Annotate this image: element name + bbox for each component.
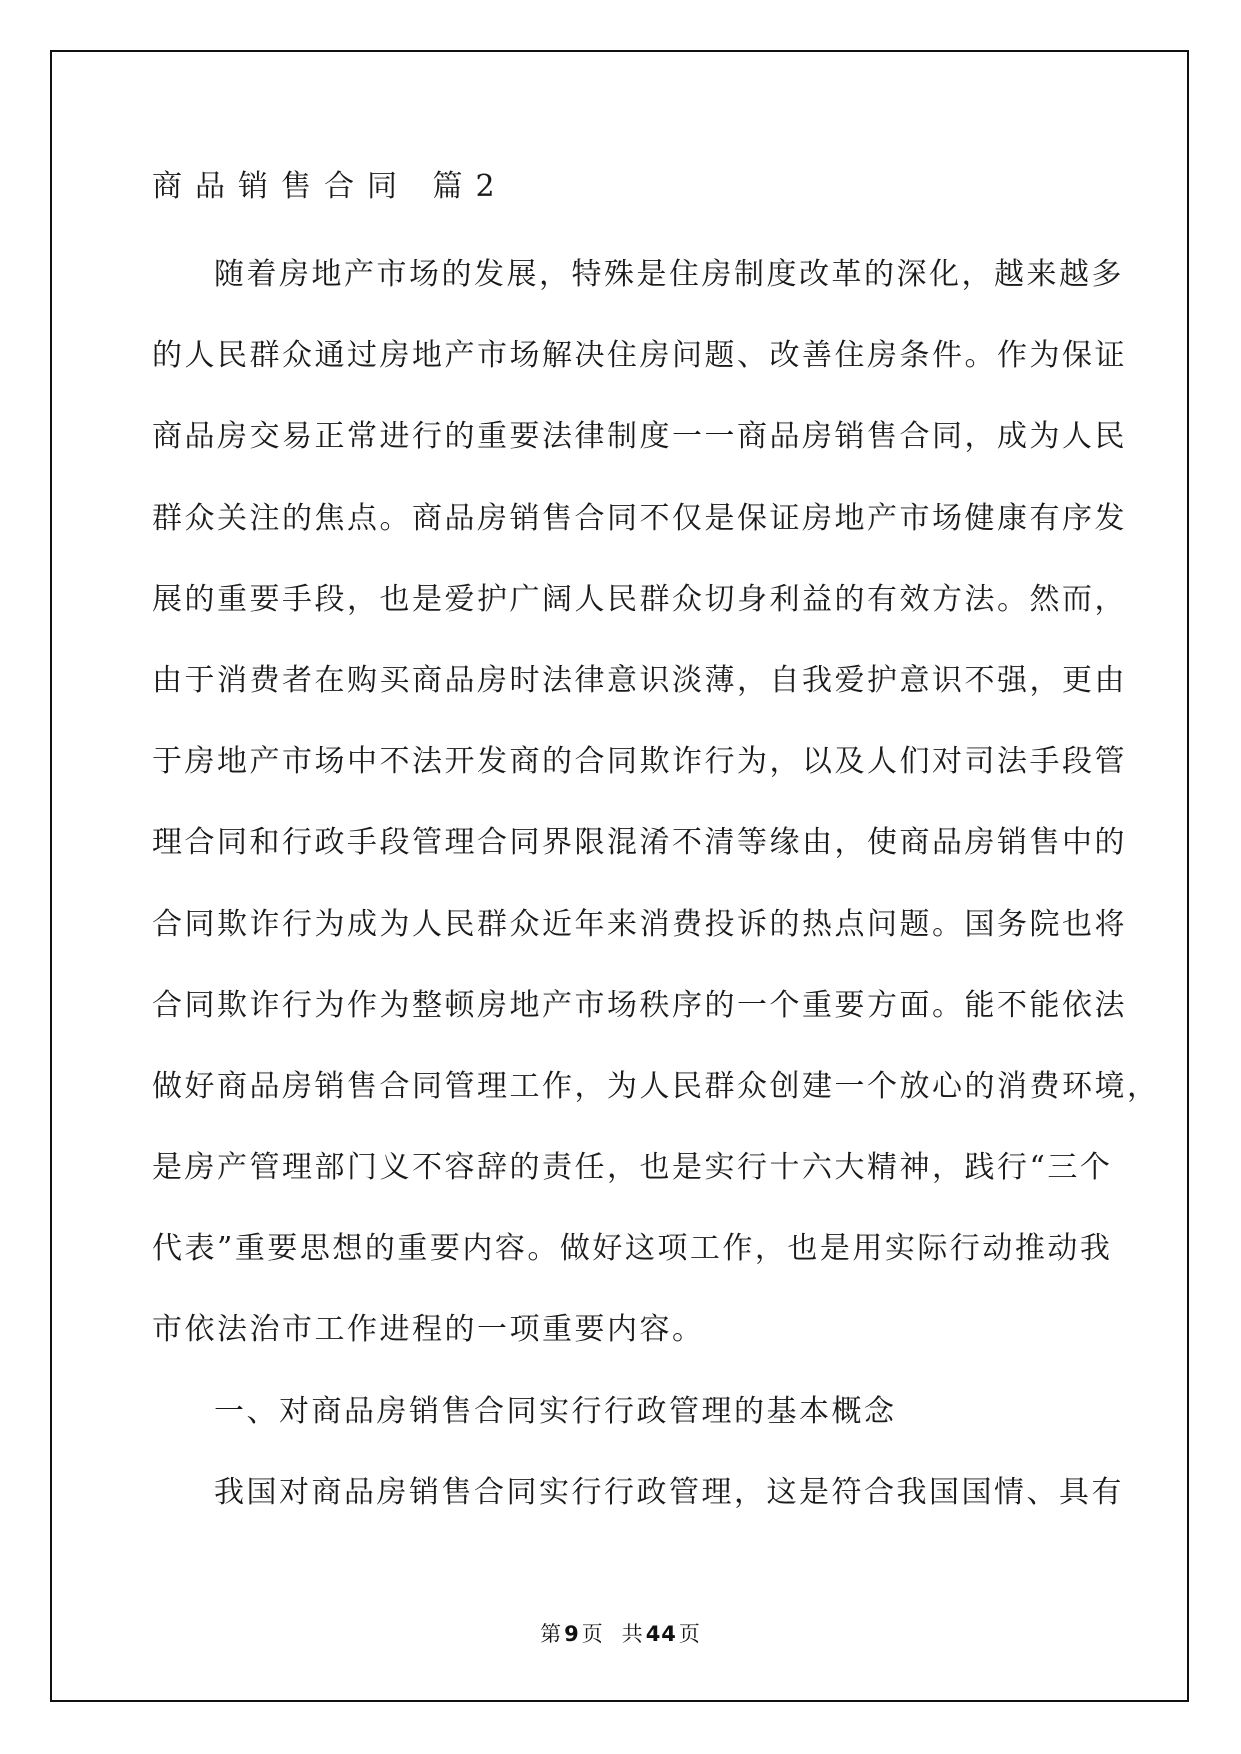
text-line: 我国对商品房销售合同实行行政管理，这是符合我国国情、具有: [152, 1452, 1142, 1533]
text-line: 的人民群众通过房地产市场解决住房问题、改善住房条件。作为保证: [152, 315, 1142, 396]
text-line: 是房产管理部门义不容辞的责任，也是实行十六大精神，践行“三个: [152, 1127, 1142, 1208]
text-line: 代表”重要思想的重要内容。做好这项工作，也是用实际行动推动我: [152, 1208, 1142, 1289]
page-indicator: 第9页: [540, 1622, 604, 1646]
page-footer: 第9页共44页: [0, 1618, 1241, 1648]
text-line: 合同欺诈行为成为人民群众近年来消费投诉的热点问题。国务院也将: [152, 884, 1142, 965]
document-body: 随着房地产市场的发展，特殊是住房制度改革的深化，越来越多的人民群众通过房地产市场…: [152, 234, 1142, 1533]
text-line: 一、对商品房销售合同实行行政管理的基本概念: [152, 1371, 1142, 1452]
text-line: 市依法治市工作进程的一项重要内容。: [152, 1289, 1142, 1370]
current-page-number: 9: [562, 1622, 582, 1646]
text-line: 群众关注的焦点。商品房销售合同不仅是保证房地产市场健康有序发: [152, 478, 1142, 559]
total-label-prefix: 共: [622, 1622, 644, 1646]
document-page: { "document": { "title": "商品销售合同 篇2", "l…: [0, 0, 1241, 1754]
text-line: 合同欺诈行为作为整顿房地产市场秩序的一个重要方面。能不能依法: [152, 965, 1142, 1046]
page-label-suffix: 页: [582, 1622, 604, 1646]
text-line: 随着房地产市场的发展，特殊是住房制度改革的深化，越来越多: [152, 234, 1142, 315]
document-title: 商品销售合同 篇2: [152, 146, 1142, 227]
text-line: 展的重要手段，也是爱护广阔人民群众切身利益的有效方法。然而，: [152, 559, 1142, 640]
text-line: 由于消费者在购买商品房时法律意识淡薄，自我爱护意识不强，更由: [152, 640, 1142, 721]
text-line: 商品房交易正常进行的重要法律制度一一商品房销售合同，成为人民: [152, 396, 1142, 477]
text-line: 理合同和行政手段管理合同界限混淆不清等缘由，使商品房销售中的: [152, 802, 1142, 883]
text-line: 于房地产市场中不法开发商的合同欺诈行为，以及人们对司法手段管: [152, 721, 1142, 802]
total-pages-indicator: 共44页: [622, 1622, 701, 1646]
total-page-number: 44: [644, 1622, 679, 1646]
text-line: 做好商品房销售合同管理工作，为人民群众创建一个放心的消费环境，: [152, 1046, 1142, 1127]
page-label-prefix: 第: [540, 1622, 562, 1646]
document-content: 商品销售合同 篇2 随着房地产市场的发展，特殊是住房制度改革的深化，越来越多的人…: [152, 146, 1142, 1533]
total-label-suffix: 页: [679, 1622, 701, 1646]
